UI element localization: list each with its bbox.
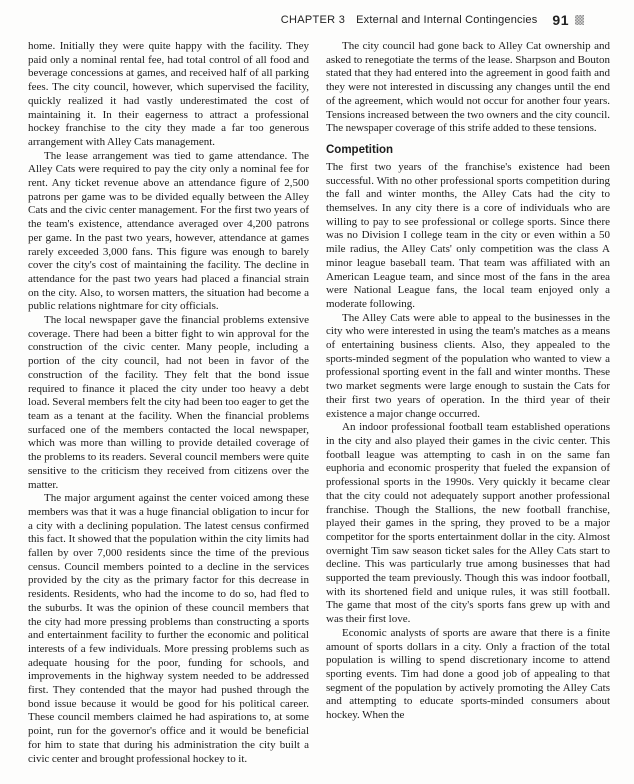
paragraph: An indoor professional football team est…	[326, 421, 610, 627]
section-heading: Competition	[326, 144, 610, 156]
left-column: home. Initially they were quite happy wi…	[28, 40, 309, 766]
chapter-label: CHAPTER 3	[281, 14, 345, 26]
paragraph: Economic analysts of sports are aware th…	[326, 627, 610, 723]
book-page: CHAPTER 3 External and Internal Continge…	[0, 0, 634, 784]
page-number: 91	[552, 12, 569, 28]
right-column: The city council had gone back to Alley …	[326, 40, 610, 766]
paragraph: The first two years of the franchise's e…	[326, 161, 610, 312]
paragraph: The Alley Cats were able to appeal to th…	[326, 312, 610, 422]
paragraph: home. Initially they were quite happy wi…	[28, 40, 309, 150]
paragraph: The local newspaper gave the financial p…	[28, 314, 309, 492]
halftone-square-icon	[575, 15, 584, 25]
paragraph: The lease arrangement was tied to game a…	[28, 150, 309, 314]
two-column-body: home. Initially they were quite happy wi…	[28, 40, 610, 766]
chapter-title: External and Internal Contingencies	[356, 14, 537, 26]
page-header: CHAPTER 3 External and Internal Continge…	[281, 12, 584, 28]
paragraph: The major argument against the center vo…	[28, 492, 309, 766]
paragraph: The city council had gone back to Alley …	[326, 40, 610, 136]
